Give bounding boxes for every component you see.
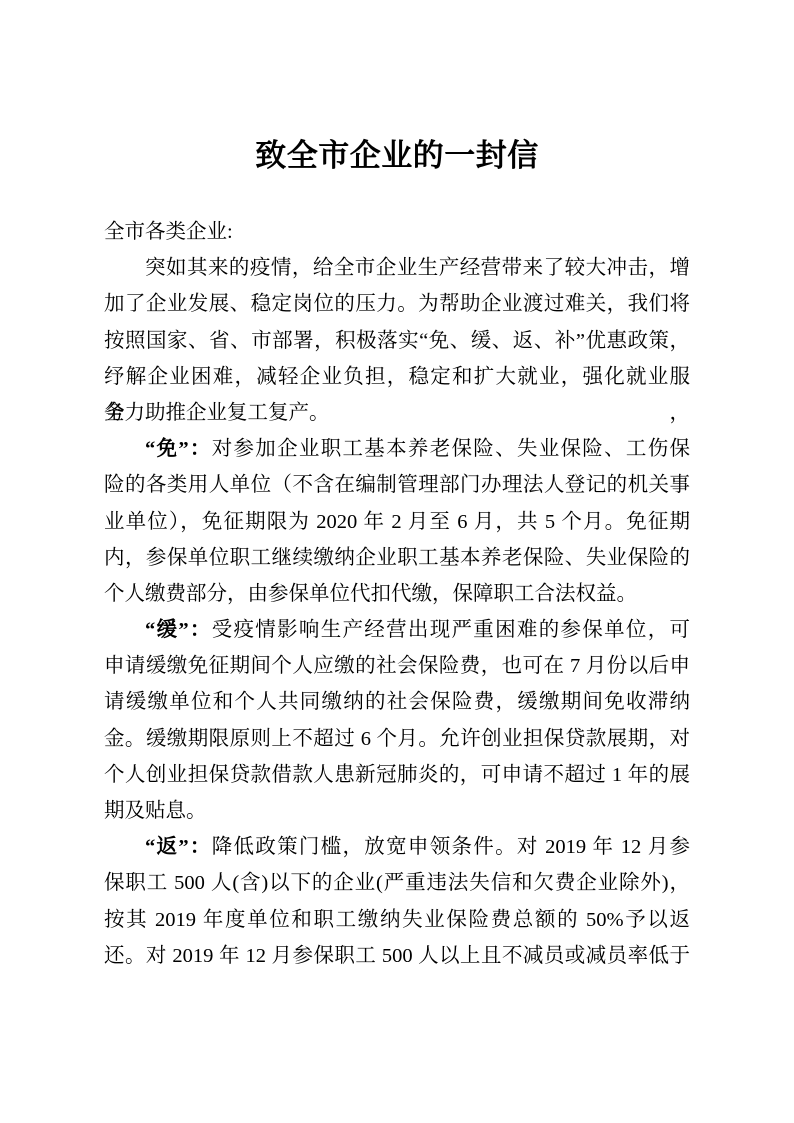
- text-line: “返”：降低政策门槛，放宽申领条件。对 2019 年 12 月参: [104, 829, 690, 865]
- text-line: 请缓缴单位和个人共同缴纳的社会保险费，缓缴期间免收滞纳: [104, 684, 690, 720]
- text-segment: 对参加企业职工基本养老保险、失业保险、工伤保: [212, 438, 690, 460]
- text-line: 申请缓缴免征期间个人应缴的社会保险费，也可在 7 月份以后申: [104, 648, 690, 684]
- text-segment: 受疫情影响生产经营出现严重困难的参保单位，可: [212, 619, 690, 641]
- text-line: 期及贴息。: [104, 793, 690, 829]
- text-line: 按其 2019 年度单位和职工缴纳失业保险费总额的 50%予以返: [104, 902, 690, 938]
- text-line: 内，参保单位职工继续缴纳企业职工基本养老保险、失业保险的: [104, 540, 690, 576]
- document-title: 致全市企业的一封信: [0, 134, 794, 178]
- text-line: 纾解企业困难，减轻企业负担，稳定和扩大就业，强化就业服务，: [104, 359, 690, 395]
- text-line: “免”：对参加企业职工基本养老保险、失业保险、工伤保: [104, 431, 690, 467]
- document-body: 全市各类企业: 突如其来的疫情，给全市企业生产经营带来了较大冲击，增 加了企业发…: [104, 214, 690, 974]
- text-line: 还。对 2019 年 12 月参保职工 500 人以上且不减员或减员率低于: [104, 938, 690, 974]
- policy-keyword-fan: “返”：: [145, 836, 212, 858]
- document-page: 致全市企业的一封信 全市各类企业: 突如其来的疫情，给全市企业生产经营带来了较大…: [0, 0, 794, 1123]
- policy-keyword-huan: “缓”：: [145, 619, 212, 641]
- text-line: 按照国家、省、市部署，积极落实“免、缓、返、补”优惠政策，: [104, 323, 690, 359]
- policy-keyword-mian: “免”：: [145, 438, 212, 460]
- text-line: 突如其来的疫情，给全市企业生产经营带来了较大冲击，增: [104, 250, 690, 286]
- text-line: 加了企业发展、稳定岗位的压力。为帮助企业渡过难关，我们将: [104, 286, 690, 322]
- text-line: 保职工 500 人(含)以下的企业(严重违法失信和欠费企业除外)，: [104, 865, 690, 901]
- text-line: 个人创业担保贷款借款人患新冠肺炎的，可申请不超过 1 年的展: [104, 757, 690, 793]
- text-line: 业单位），免征期限为 2020 年 2 月至 6 月，共 5 个月。免征期: [104, 504, 690, 540]
- text-line: 险的各类用人单位（不含在编制管理部门办理法人登记的机关事: [104, 467, 690, 503]
- text-line: 个人缴费部分，由参保单位代扣代缴，保障职工合法权益。: [104, 576, 690, 612]
- text-line: 金。缓缴期限原则上不超过 6 个月。允许创业担保贷款展期，对: [104, 721, 690, 757]
- text-line: “缓”：受疫情影响生产经营出现严重困难的参保单位，可: [104, 612, 690, 648]
- text-segment: 降低政策门槛，放宽申领条件。对 2019 年 12 月参: [212, 836, 690, 858]
- salutation-line: 全市各类企业:: [104, 214, 690, 250]
